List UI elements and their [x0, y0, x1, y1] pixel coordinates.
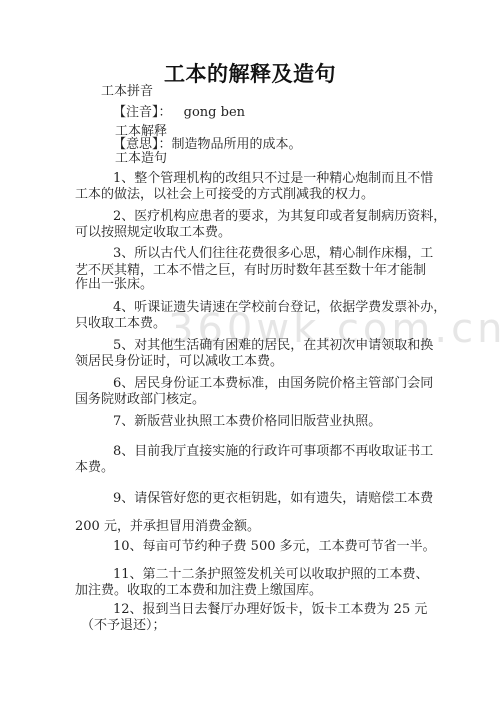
example-sentence-12: 12、报到当日去餐厅办理好饭卡，饭卡工本费为 25 元 （不予退还）； — [75, 602, 441, 634]
example-sentence-10: 10、每亩可节约种子费 500 多元，工本费可节省一半。 — [75, 539, 441, 555]
example-sentence-2: 2、医疗机构应患者的要求，为其复印或者复制病历资料， 可以按照规定收取工本费。 — [75, 209, 441, 241]
example-sentence-3: 3、所以古代人们往往花费很多心思，精心制作床榻，工 艺不厌其精，工本不惜之巨，有… — [75, 247, 441, 292]
example-sentence-8: 8、目前我厅直接实施的行政许可事项都不再收取证书工 本费。 — [75, 444, 441, 476]
example-sentence-11: 11、第二十二条护照签发机关可以收取护照的工本费、 加注费。收取的工本费和加注费… — [75, 567, 441, 599]
meaning-row: 【意思】：制造物品所用的成本。 — [113, 137, 302, 152]
pinyin-row: 【注音】： gong ben — [113, 105, 245, 120]
pinyin-label: 【注音】： — [113, 105, 172, 120]
pinyin-value: gong ben — [184, 105, 245, 120]
meaning-label: 【意思】： — [113, 137, 172, 152]
example-sentence-6: 6、居民身份证工本费标准，由国务院价格主管部门会同 国务院财政部门核定。 — [75, 376, 441, 408]
document-page: 360wk.com.cn 工本的解释及造句 工本拼音 【注音】： gong be… — [0, 0, 500, 708]
page-title: 工本的解释及造句 — [0, 58, 500, 88]
examples-heading: 工本造句 — [115, 151, 167, 166]
pinyin-heading: 工本拼音 — [101, 84, 153, 99]
example-sentence-5: 5、对其他生活确有困难的居民，在其初次申请领取和换 领居民身份证时，可以减收工本… — [75, 338, 441, 370]
example-sentence-7: 7、新版营业执照工本费价格同旧版营业执照。 — [75, 414, 441, 430]
example-sentence-4: 4、听课证遗失请速在学校前台登记，依据学费发票补办， 只收取工本费。 — [75, 300, 441, 332]
example-sentence-9: 9、请保管好您的更衣柜钥匙，如有遗失，请赔偿工本费 200 元，并承担冒用消费金… — [75, 485, 441, 541]
example-sentence-1: 1、整个管理机构的改组只不过是一种精心炮制而且不惜 工本的做法，以社会上可接受的… — [75, 171, 441, 203]
meaning-value: 制造物品所用的成本。 — [172, 137, 302, 152]
